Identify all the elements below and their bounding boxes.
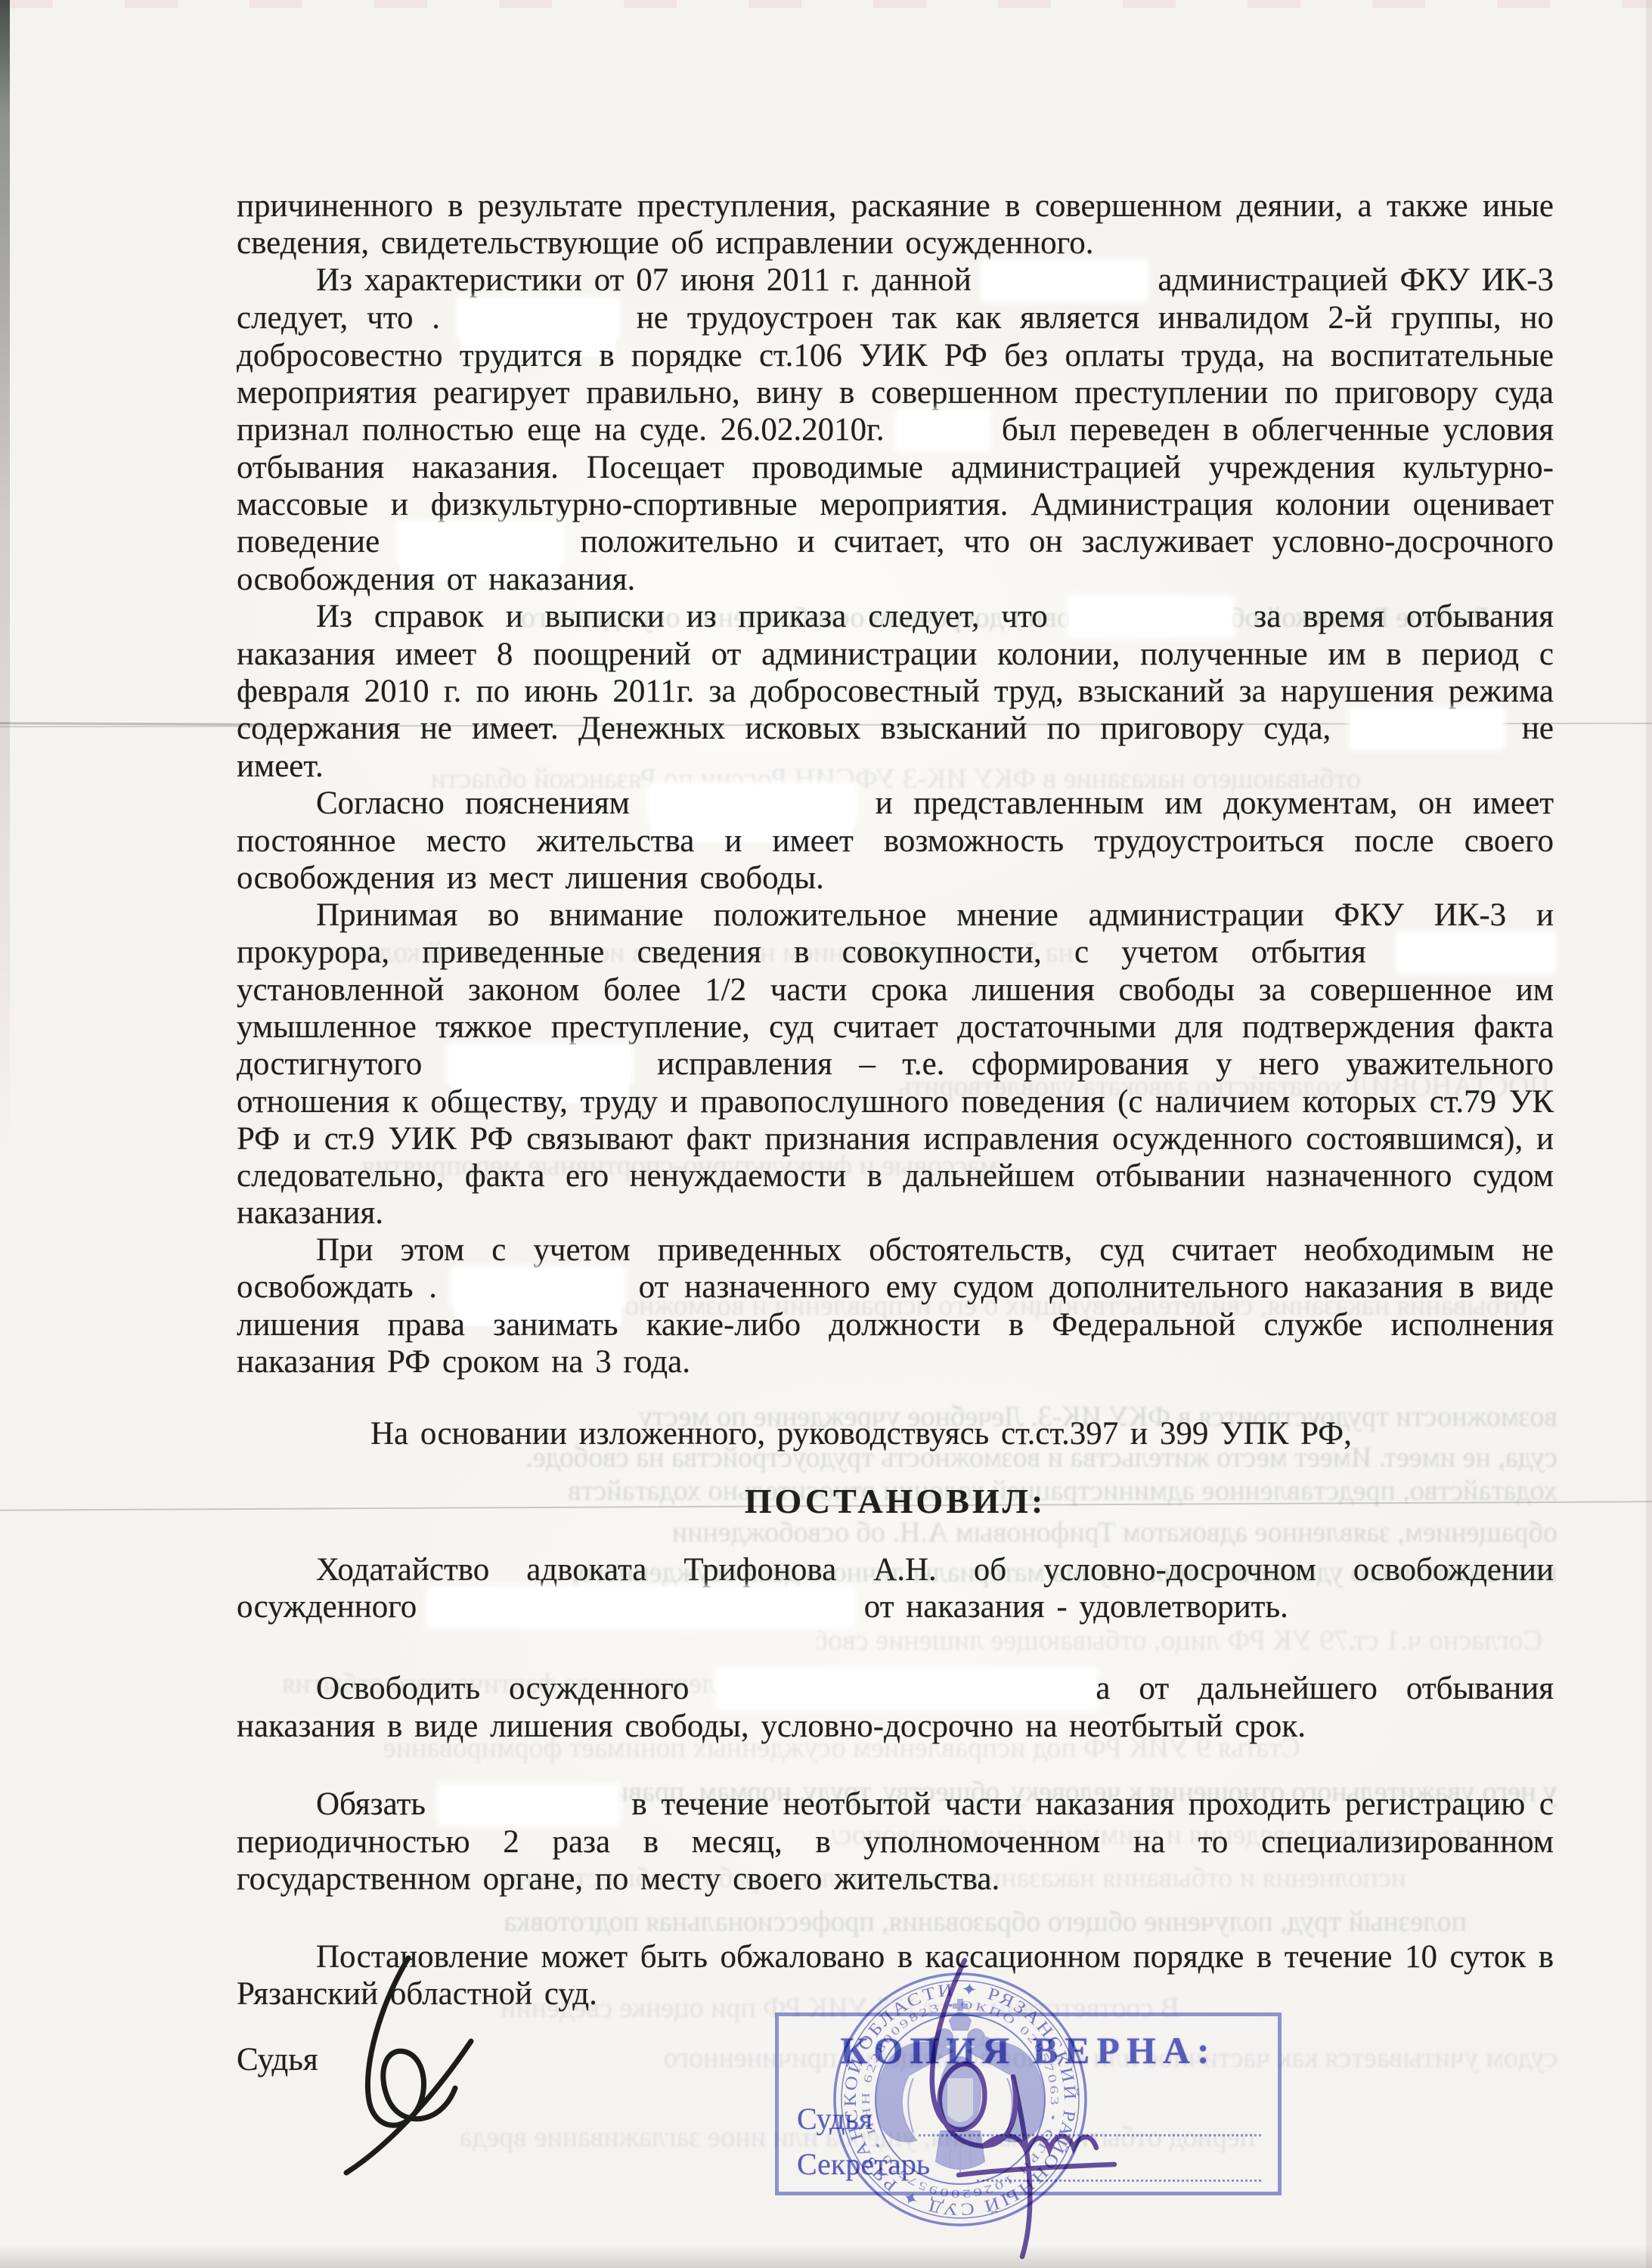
redaction-box xyxy=(429,1588,852,1626)
text-run: Принимая во внимание положительное мнени… xyxy=(237,897,1554,970)
ruling-text-block: причиненного в результате преступления, … xyxy=(237,187,1554,2012)
paragraph-continuation: причиненного в результате преступления, … xyxy=(237,187,1554,262)
redaction-box xyxy=(453,1269,623,1306)
paragraph-resolution-release: Освободить осужденного а от дальнейшего … xyxy=(237,1670,1554,1745)
stamp-signature-ink xyxy=(892,1947,1134,2268)
text-run: На основании изложенного, руководствуясь… xyxy=(370,1416,1352,1452)
paragraph-resolution-registration: Обязать в течение неотбытой части наказа… xyxy=(237,1786,1554,1898)
ruling-heading: ПОСТАНОВИЛ: xyxy=(237,1483,1554,1520)
redaction-box xyxy=(1399,934,1554,971)
text-run: причиненного в результате преступления, … xyxy=(237,188,1554,261)
judge-signature-ink xyxy=(301,1952,490,2179)
text-run: Обязать xyxy=(316,1786,426,1822)
text-run: Из характеристики от 07 июня 2011 г. дан… xyxy=(316,262,972,298)
redaction-box xyxy=(984,262,1146,299)
paragraph-characteristic: Из характеристики от 07 июня 2011 г. дан… xyxy=(237,262,1554,598)
heading-text: ПОСТАНОВИЛ: xyxy=(745,1482,1046,1520)
paragraph-explanations: Согласно пояснениям и представленным им … xyxy=(237,785,1554,897)
paragraph-incentives: Из справок и выписки из приказа следует,… xyxy=(237,598,1554,785)
paragraph-resolution-grant: Ходатайство адвоката Трифонова А.Н. об у… xyxy=(237,1551,1554,1626)
text-run: в течение неотбытой части наказания прох… xyxy=(237,1786,1554,1897)
scan-left-edge-shadow xyxy=(0,0,10,1149)
redaction-box xyxy=(650,785,854,823)
paragraph-legal-basis: На основании изложенного, руководствуясь… xyxy=(370,1415,1554,1452)
scan-right-edge-shadow xyxy=(1646,0,1652,2268)
redaction-box xyxy=(1069,598,1232,636)
redaction-box xyxy=(1351,710,1502,748)
text-run: Из справок и выписки из приказа следует,… xyxy=(316,599,1048,634)
text-run: Согласно пояснениям xyxy=(316,785,630,821)
scanned-court-ruling-page: г.Рыбное Рязанской области, об условно-д… xyxy=(0,0,1652,2268)
text-run: исправления – т.е. сформирования у него … xyxy=(237,1046,1554,1231)
paragraph-additional-punishment: При этом с учетом приведенных обстоятель… xyxy=(237,1232,1554,1380)
scan-top-edge-artifact xyxy=(0,0,1652,8)
redaction-box xyxy=(897,411,988,449)
redaction-box xyxy=(440,1786,618,1823)
redaction-box xyxy=(398,523,561,561)
redaction-box xyxy=(449,1046,631,1083)
paragraph-court-assessment: Принимая во внимание положительное мнени… xyxy=(237,897,1554,1232)
scan-bottom-edge-shadow xyxy=(0,2245,1652,2268)
text-run: от наказания - удовлетворить. xyxy=(864,1589,1288,1625)
text-run: Освободить осужденного xyxy=(316,1671,689,1706)
redaction-box xyxy=(718,1670,1096,1708)
redaction-box xyxy=(459,299,618,337)
